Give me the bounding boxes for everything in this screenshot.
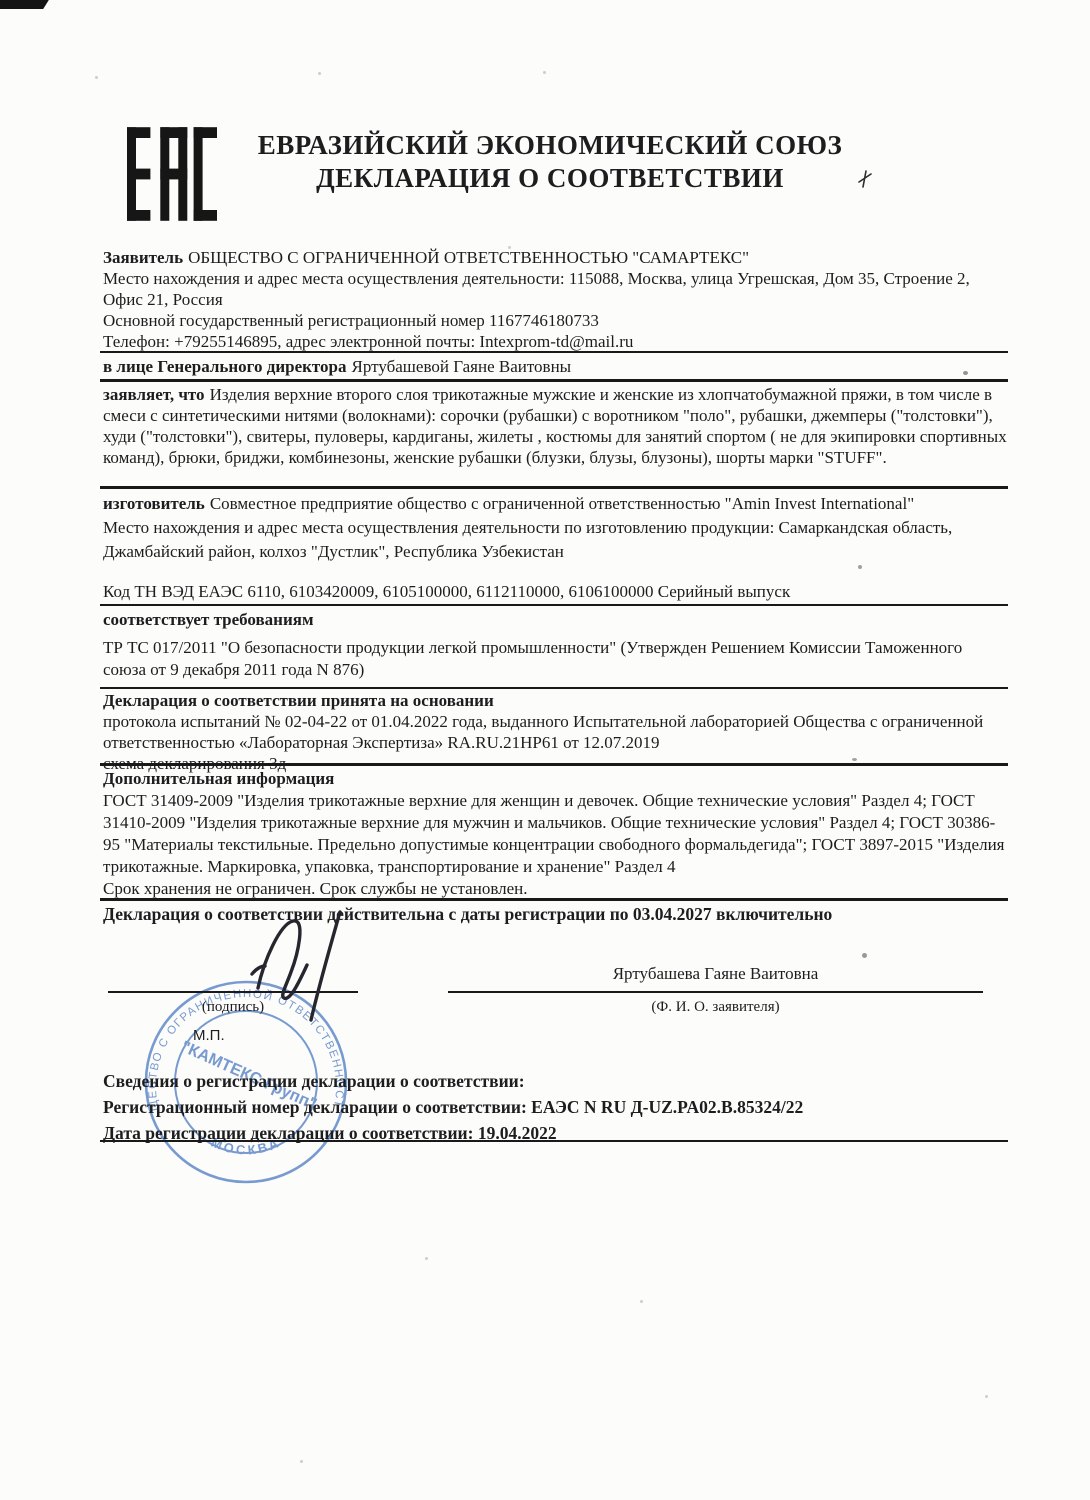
title-line-1: ЕВРАЗИЙСКИЙ ЭКОНОМИЧЕСКИЙ СОЮЗ [180,129,920,162]
scan-speck [300,1460,303,1463]
scan-speck [985,1395,988,1398]
title-line-2: ДЕКЛАРАЦИЯ О СООТВЕТСТВИИ [180,162,920,195]
additional-header: Дополнительная информация [103,768,1009,790]
registration-number: Регистрационный номер декларации о соотв… [103,1094,1009,1120]
declares-label: заявляет, что [103,385,205,404]
validity-statement: Декларация о соответствии действительна … [103,903,1009,925]
additional-terms: Срок хранения не ограничен. Срок службы … [103,878,1009,900]
basis-section: Декларация о соответствии принята на осн… [103,690,1009,774]
additional-info-section: Дополнительная информация ГОСТ 31409-200… [103,768,1009,900]
basis-protocol: протокола испытаний № 02-04-22 от 01.04.… [103,711,1009,753]
tnved-text: Код ТН ВЭД ЕАЭС 6110, 6103420009, 610510… [103,582,790,601]
section-divider [100,898,1008,901]
scan-corner-artifact [0,0,49,9]
handwritten-signature [248,908,373,1026]
basis-header: Декларация о соответствии принята на осн… [103,690,1009,711]
fio-label: (Ф. И. О. заявителя) [448,998,983,1017]
declaration-statement-section: заявляет, чтоИзделия верхние второго сло… [103,384,1009,468]
section-divider [100,351,1008,353]
tnved-section: Код ТН ВЭД ЕАЭС 6110, 6103420009, 610510… [103,581,1009,603]
manufacturer-name: Совместное предприятие общество с ограни… [210,494,914,513]
section-divider [100,1140,1008,1142]
manufacturer-section: изготовительСовместное предприятие общес… [103,492,1009,564]
section-divider [100,486,1008,489]
section-divider [100,687,1008,689]
applicant-section: ЗаявительОБЩЕСТВО С ОГРАНИЧЕННОЙ ОТВЕТСТ… [103,247,1009,352]
pen-mark [856,168,876,190]
requirements-header: соответствует требованиям [103,609,1009,631]
registration-section: Сведения о регистрации декларации о соот… [103,1068,1009,1146]
director-label: в лице Генерального директора [103,357,347,376]
applicant-line: ЗаявительОБЩЕСТВО С ОГРАНИЧЕННОЙ ОТВЕТСТ… [103,247,1009,268]
scan-speck [425,1257,428,1260]
registration-header: Сведения о регистрации декларации о соот… [103,1068,1009,1094]
signatory-name: Яртубашева Гаяне Ваитовна [448,963,983,985]
director-name: Яртубашевой Гаяне Ваитовны [352,357,572,376]
registration-date: Дата регистрации декларации о соответств… [103,1120,1009,1146]
additional-gost: ГОСТ 31409-2009 "Изделия трикотажные вер… [103,790,1009,878]
director-section: в лице Генерального директораЯртубашевой… [103,356,1009,378]
applicant-phone: Телефон: +79255146895, адрес электронной… [103,331,1009,352]
fio-line [448,991,983,993]
scan-speck [858,565,862,569]
applicant-ogrn: Основной государственный регистрационный… [103,310,1009,331]
applicant-name: ОБЩЕСТВО С ОГРАНИЧЕННОЙ ОТВЕТСТВЕННОСТЬЮ… [188,248,749,267]
seal-place-label: М.П. [193,1027,225,1044]
section-divider [100,604,1008,606]
scan-speck [543,71,546,74]
applicant-address: Место нахождения и адрес места осуществл… [103,268,1009,310]
scan-speck [95,76,98,79]
declares-text: Изделия верхние второго слоя трикотажные… [103,385,1007,467]
scan-speck [862,953,867,958]
scan-speck [318,72,321,75]
requirements-text: ТР ТС 017/2011 "О безопасности продукции… [103,637,1009,681]
section-divider [100,379,1008,382]
document-page: ЕВРАЗИЙСКИЙ ЭКОНОМИЧЕСКИЙ СОЮЗ ДЕКЛАРАЦИ… [0,0,1090,1500]
document-title: ЕВРАЗИЙСКИЙ ЭКОНОМИЧЕСКИЙ СОЮЗ ДЕКЛАРАЦИ… [180,129,920,195]
manufacturer-address: Место нахождения и адрес места осуществл… [103,516,1009,564]
applicant-label: Заявитель [103,248,183,267]
scan-speck [640,1300,643,1303]
manufacturer-label: изготовитель [103,494,205,513]
section-divider [100,763,1008,766]
